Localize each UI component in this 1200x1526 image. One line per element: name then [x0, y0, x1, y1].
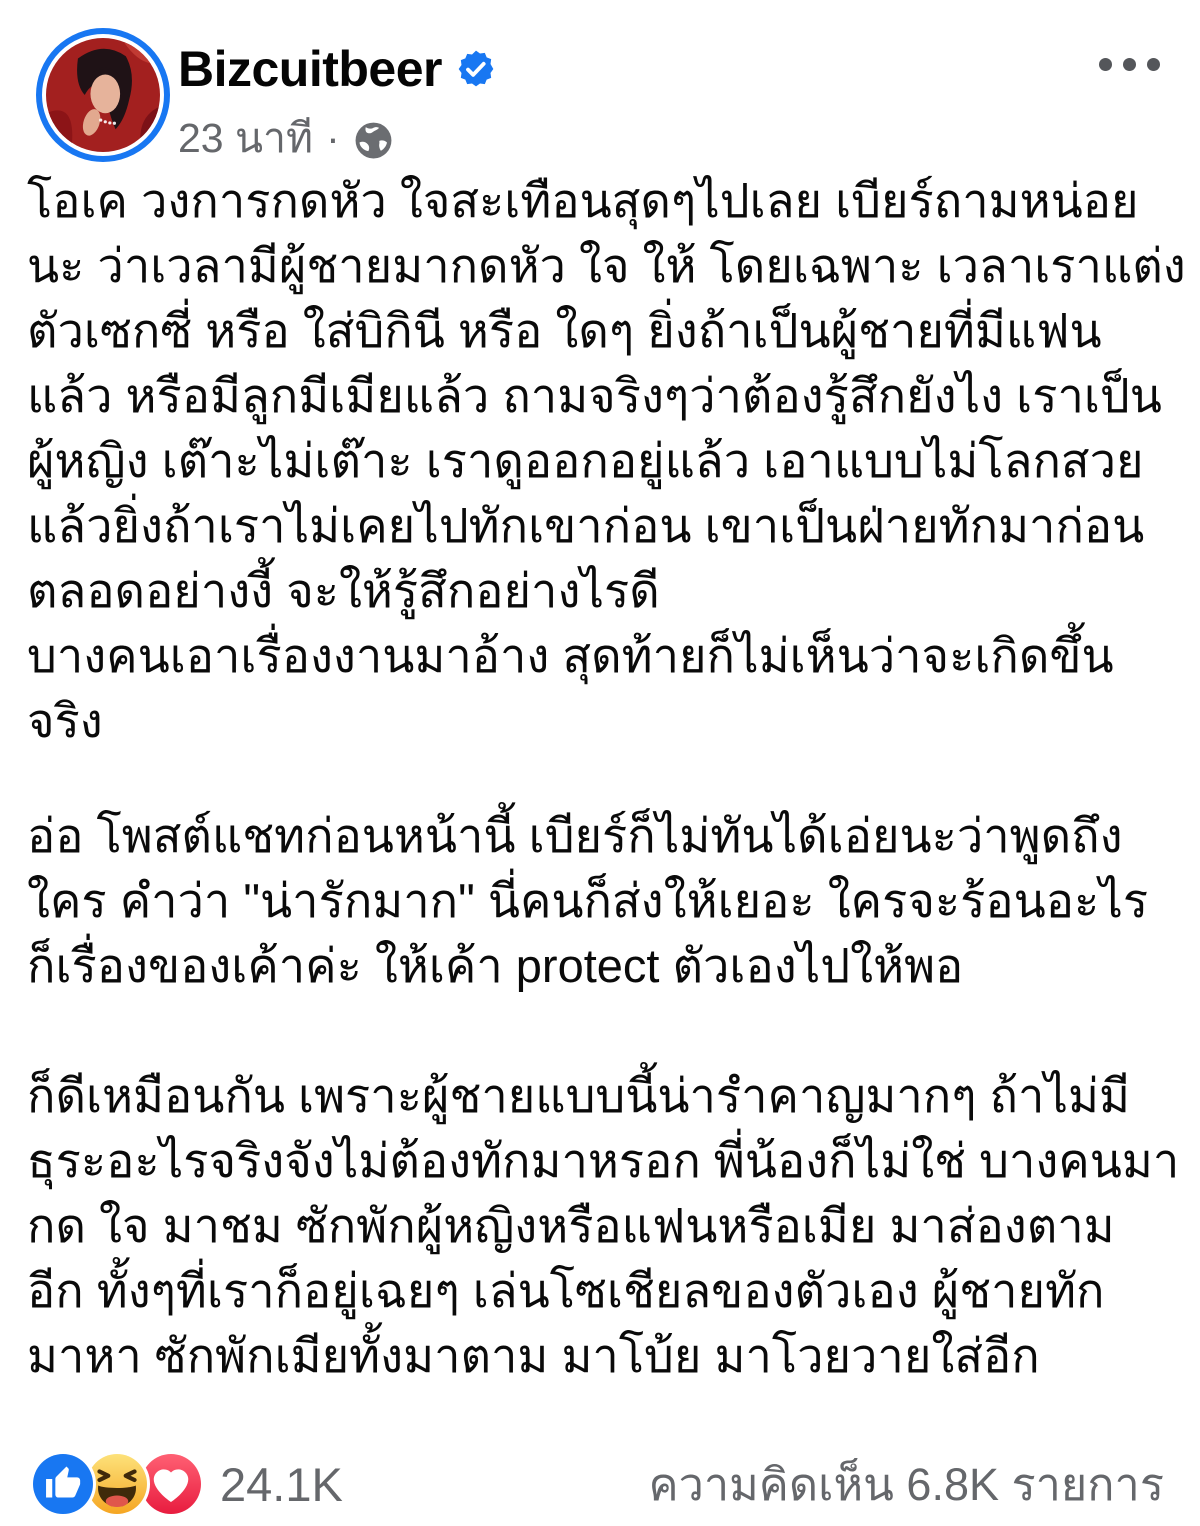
- ellipsis-dot: [1099, 58, 1112, 71]
- paragraph: โอเค วงการกดหัว ใจสะเทือนสุดๆไปเลย เบียร…: [27, 168, 1182, 753]
- ellipsis-dot: [1123, 58, 1136, 71]
- text-line: อีก ทั้งๆที่เราก็อยู่เฉยๆ เล่นโซเชียลของ…: [27, 1258, 1182, 1323]
- globe-audience-icon: [353, 120, 394, 161]
- text-line: บางคนเอาเรื่องงานมาอ้าง สุดท้ายก็ไม่เห็น…: [27, 623, 1182, 688]
- text-line: จริง: [27, 688, 1182, 753]
- comments-count-link[interactable]: ความคิดเห็น 6.8K รายการ: [648, 1448, 1164, 1520]
- ellipsis-dot: [1147, 58, 1160, 71]
- text-line: มาหา ซักพักเมียทั้งมาตาม มาโบ้ย มาโวยวาย…: [27, 1323, 1182, 1388]
- text-line: ก็เรื่องของเค้าค่ะ ให้เค้า protect ตัวเอ…: [27, 933, 1182, 998]
- text-line: ตัวเซกซี่ หรือ ใส่บิกินี หรือ ใดๆ ยิ่งถ้…: [27, 298, 1182, 363]
- text-line: ธุระอะไรจริงจังไม่ต้องทักมาหรอก พี่น้องก…: [27, 1128, 1182, 1193]
- text-line: ตลอดอย่างงี้ จะให้รู้สึกอย่างไรดี: [27, 558, 1182, 623]
- text-line: ใคร คำว่า "น่ารักมาก" นี่คนก็ส่งให้เยอะ …: [27, 868, 1182, 933]
- facebook-post: Bizcuitbeer 23 นาที · โอเค วงการกดหัว ใจ…: [0, 0, 1200, 1526]
- text-line: โอเค วงการกดหัว ใจสะเทือนสุดๆไปเลย เบียร…: [27, 168, 1182, 233]
- post-body: โอเค วงการกดหัว ใจสะเทือนสุดๆไปเลย เบียร…: [27, 168, 1182, 1388]
- verified-badge-icon: [456, 49, 496, 89]
- reaction-count[interactable]: 24.1K: [220, 1457, 343, 1512]
- paragraph: ก็ดีเหมือนกัน เพราะผู้ชายแบบนี้น่ารำคาญม…: [27, 1063, 1182, 1388]
- author-name[interactable]: Bizcuitbeer: [178, 40, 442, 98]
- reactions-summary[interactable]: 24.1K: [30, 1451, 343, 1517]
- post-timestamp[interactable]: 23 นาที: [178, 106, 313, 171]
- text-line: แล้ว หรือมีลูกมีเมียแล้ว ถามจริงๆว่าต้อง…: [27, 363, 1182, 428]
- text-line: ผู้หญิง เต๊าะไม่เต๊าะ เราดูออกอยู่แล้ว เ…: [27, 428, 1182, 493]
- avatar[interactable]: [36, 28, 170, 162]
- text-line: แล้วยิ่งถ้าเราไม่เคยไปทักเขาก่อน เขาเป็น…: [27, 493, 1182, 558]
- post-footer: 24.1K ความคิดเห็น 6.8K รายการ: [30, 1448, 1164, 1520]
- paragraph: อ่อ โพสต์แชทก่อนหน้านี้ เบียร์ก็ไม่ทันได…: [27, 803, 1182, 998]
- like-reaction-icon: [30, 1451, 96, 1517]
- timestamp-separator: ·: [326, 115, 340, 162]
- text-line: อ่อ โพสต์แชทก่อนหน้านี้ เบียร์ก็ไม่ทันได…: [27, 803, 1182, 868]
- text-line: กด ใจ มาชม ซักพักผู้หญิงหรือแฟนหรือเมีย …: [27, 1193, 1182, 1258]
- text-line: นะ ว่าเวลามีผู้ชายมากดหัว ใจ ให้ โดยเฉพา…: [27, 233, 1182, 298]
- avatar-photo: [46, 38, 160, 152]
- more-options-button[interactable]: [1093, 52, 1166, 77]
- text-line: ก็ดีเหมือนกัน เพราะผู้ชายแบบนี้น่ารำคาญม…: [27, 1063, 1182, 1128]
